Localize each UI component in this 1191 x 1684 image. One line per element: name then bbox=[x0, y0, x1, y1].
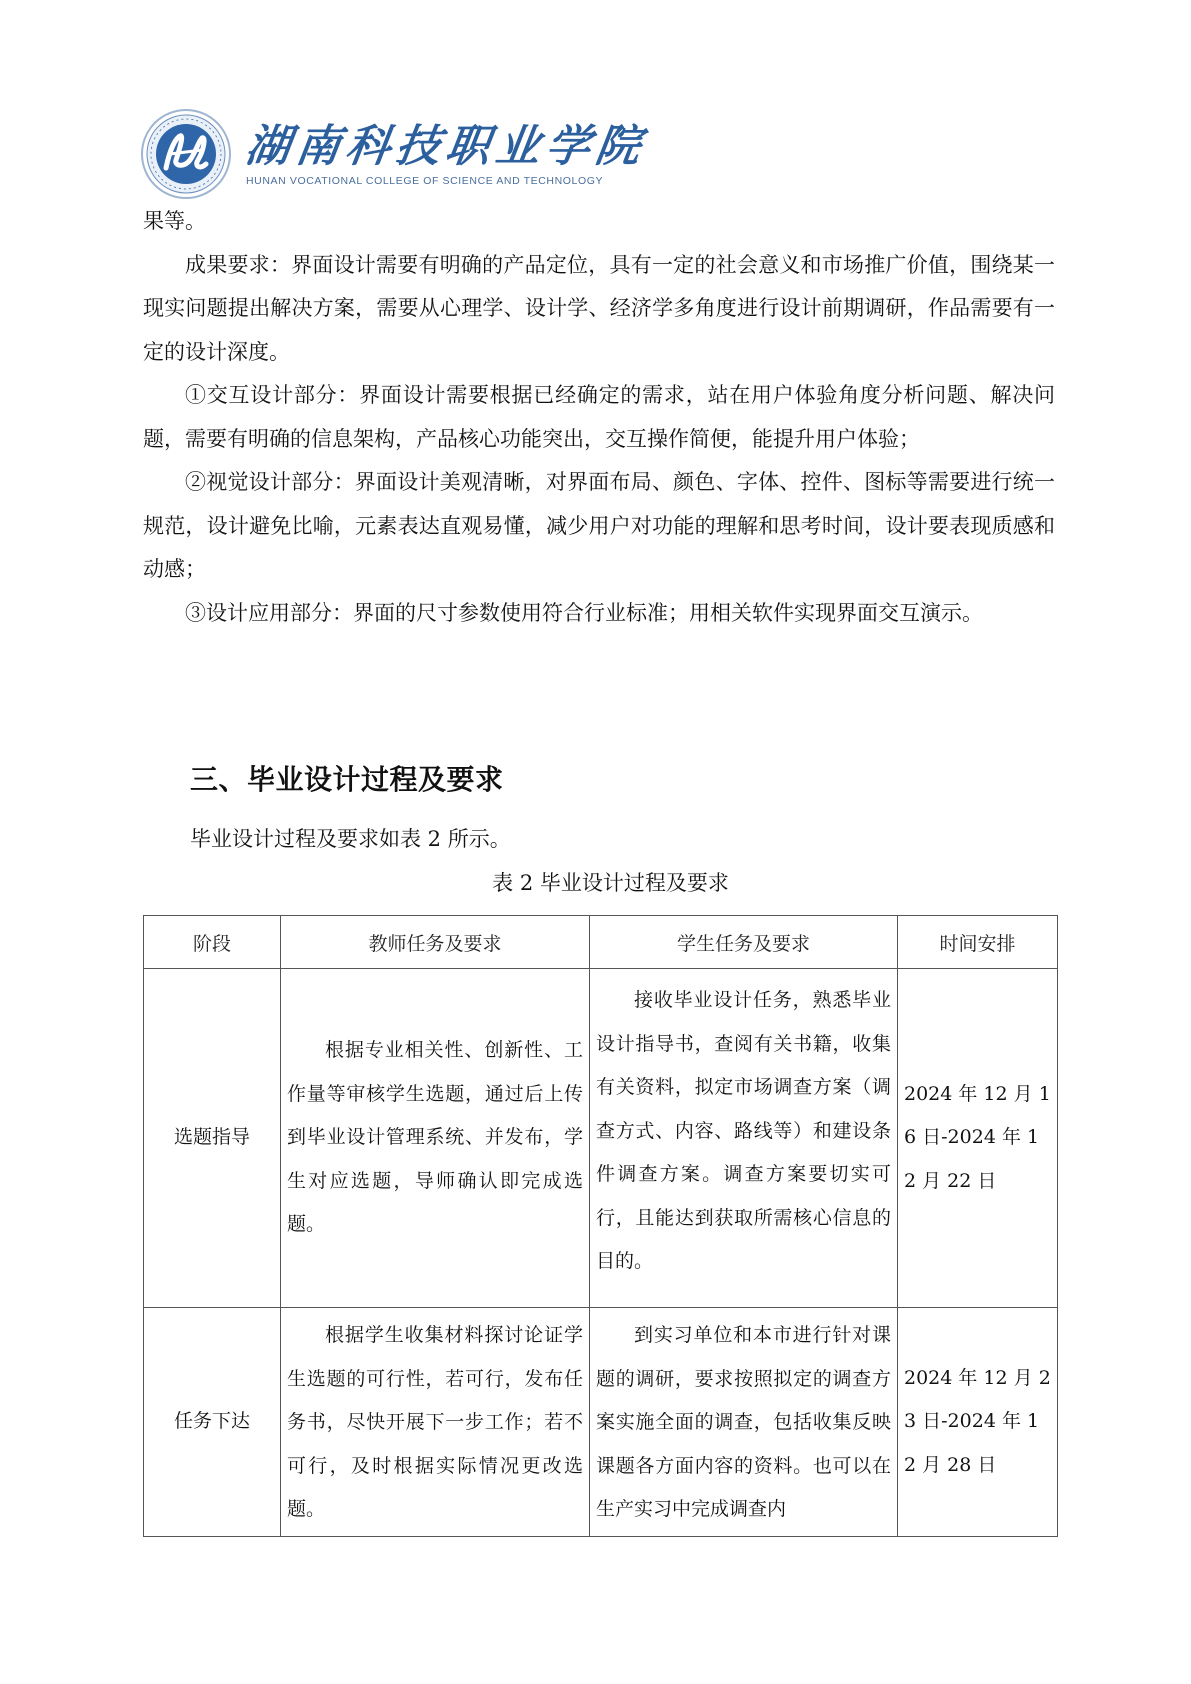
cell-teacher-text: 根据学生收集材料探讨论证学生选题的可行性，若可行，发布任务书，尽快开展下一步工作… bbox=[287, 1314, 583, 1532]
college-emblem-icon bbox=[140, 108, 232, 200]
table-row: 选题指导 根据专业相关性、创新性、工作量等审核学生选题，通过后上传到毕业设计管理… bbox=[144, 969, 1058, 1308]
cell-stage: 选题指导 bbox=[144, 969, 281, 1308]
paragraph-visual-design: ②视觉设计部分：界面设计美观清晰，对界面布局、颜色、字体、控件、图标等需要进行统… bbox=[143, 461, 1055, 592]
body-text: 果等。 成果要求：界面设计需要有明确的产品定位，具有一定的社会意义和市场推广价值… bbox=[143, 200, 1055, 635]
cell-teacher-tasks: 根据专业相关性、创新性、工作量等审核学生选题，通过后上传到毕业设计管理系统、并发… bbox=[281, 969, 590, 1308]
header-teacher-tasks: 教师任务及要求 bbox=[281, 916, 590, 969]
document-page: 湖南科技职业学院 HUNAN VOCATIONAL COLLEGE OF SCI… bbox=[0, 0, 1191, 1684]
cell-schedule: 2024 年 12 月 23 日-2024 年 12 月 28 日 bbox=[898, 1308, 1058, 1537]
cell-student-text: 接收毕业设计任务，熟悉毕业设计指导书，查阅有关书籍，收集有关资料，拟定市场调查方… bbox=[596, 979, 891, 1284]
header-student-tasks: 学生任务及要求 bbox=[590, 916, 898, 969]
institution-name-cn: 湖南科技职业学院 bbox=[242, 121, 649, 173]
cell-student-tasks: 到实习单位和本市进行针对课题的调研，要求按照拟定的调查方案实施全面的调查，包括收… bbox=[590, 1308, 898, 1537]
cell-schedule: 2024 年 12 月 16 日-2024 年 12 月 22 日 bbox=[898, 969, 1058, 1308]
table-row: 任务下达 根据学生收集材料探讨论证学生选题的可行性，若可行，发布任务书，尽快开展… bbox=[144, 1308, 1058, 1537]
institution-name-en: HUNAN VOCATIONAL COLLEGE OF SCIENCE AND … bbox=[246, 175, 646, 187]
page-header: 湖南科技职业学院 HUNAN VOCATIONAL COLLEGE OF SCI… bbox=[140, 108, 620, 200]
cell-teacher-tasks: 根据学生收集材料探讨论证学生选题的可行性，若可行，发布任务书，尽快开展下一步工作… bbox=[281, 1308, 590, 1537]
paragraph-design-application: ③设计应用部分：界面的尺寸参数使用符合行业标准；用相关软件实现界面交互演示。 bbox=[143, 592, 1055, 636]
cell-teacher-text: 根据专业相关性、创新性、工作量等审核学生选题，通过后上传到毕业设计管理系统、并发… bbox=[287, 1029, 583, 1247]
institution-name-block: 湖南科技职业学院 HUNAN VOCATIONAL COLLEGE OF SCI… bbox=[246, 121, 646, 187]
section-intro: 毕业设计过程及要求如表 2 所示。 bbox=[190, 824, 511, 854]
cell-student-text: 到实习单位和本市进行针对课题的调研，要求按照拟定的调查方案实施全面的调查，包括收… bbox=[596, 1314, 891, 1532]
header-schedule: 时间安排 bbox=[898, 916, 1058, 969]
paragraph-continuation: 果等。 bbox=[143, 200, 1055, 244]
table-caption: 表 2 毕业设计过程及要求 bbox=[0, 868, 1191, 898]
paragraph-interaction-design: ①交互设计部分：界面设计需要根据已经确定的需求，站在用户体验角度分析问题、解决问… bbox=[143, 374, 1055, 461]
section-heading: 三、毕业设计过程及要求 bbox=[190, 758, 504, 798]
paragraph-outcome-requirements: 成果要求：界面设计需要有明确的产品定位，具有一定的社会意义和市场推广价值，围绕某… bbox=[143, 244, 1055, 375]
process-table: 阶段 教师任务及要求 学生任务及要求 时间安排 选题指导 根据专业相关性、创新性… bbox=[143, 915, 1058, 1537]
cell-student-tasks: 接收毕业设计任务，熟悉毕业设计指导书，查阅有关书籍，收集有关资料，拟定市场调查方… bbox=[590, 969, 898, 1308]
table-header-row: 阶段 教师任务及要求 学生任务及要求 时间安排 bbox=[144, 916, 1058, 969]
header-stage: 阶段 bbox=[144, 916, 281, 969]
cell-stage: 任务下达 bbox=[144, 1308, 281, 1537]
